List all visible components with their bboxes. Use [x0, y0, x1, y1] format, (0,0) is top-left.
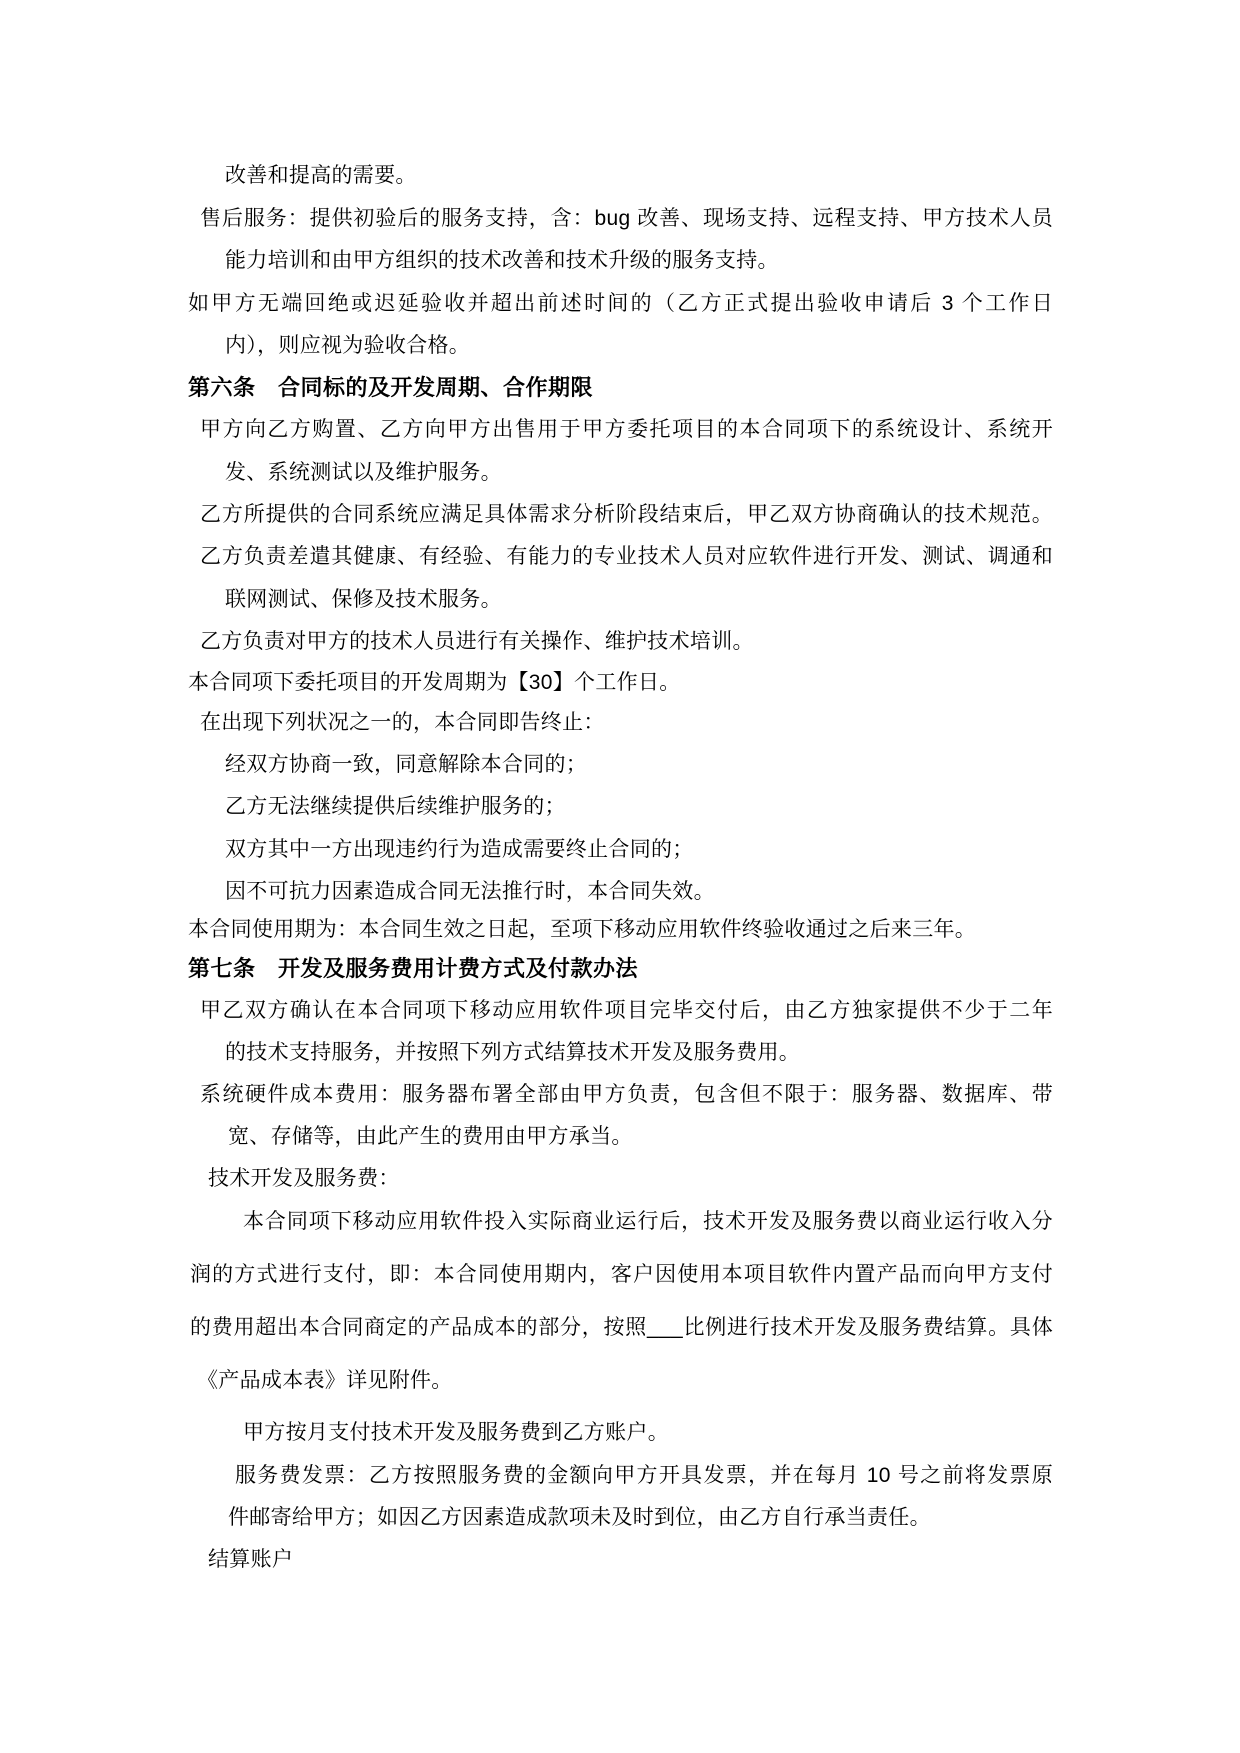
document-line: 联网测试、保修及技术服务。: [225, 585, 502, 615]
document-line: 乙方负责差遣其健康、有经验、有能力的专业技术人员对应软件进行开发、测试、调通和: [200, 542, 1053, 572]
document-page: 改善和提高的需要。 售后服务：提供初验后的服务支持，含：bug 改善、现场支持、…: [0, 0, 1240, 1753]
document-line: 售后服务：提供初验后的服务支持，含：bug 改善、现场支持、远程支持、甲方技术人…: [200, 204, 1053, 234]
section-heading-7: 第七条 开发及服务费用计费方式及付款办法: [188, 954, 638, 984]
document-line: 《产品成本表》详见附件。: [197, 1366, 453, 1396]
section-heading-6: 第六条 合同标的及开发周期、合作期限: [188, 373, 593, 403]
document-line: 内），则应视为验收合格。: [225, 331, 470, 361]
document-line: 系统硬件成本费用：服务器布署全部由甲方负责，包含但不限于：服务器、数据库、带: [200, 1080, 1053, 1110]
document-line: 本合同使用期为：本合同生效之日起，至项下移动应用软件终验收通过之后来三年。: [188, 915, 976, 945]
document-line: 甲方按月支付技术开发及服务费到乙方账户。: [243, 1418, 669, 1448]
document-line: 改善和提高的需要。: [225, 161, 417, 191]
document-line: 甲方向乙方购置、乙方向甲方出售用于甲方委托项目的本合同项下的系统设计、系统开: [200, 415, 1053, 445]
document-line: 如甲方无端回绝或迟延验收并超出前述时间的（乙方正式提出验收申请后 3 个工作日: [188, 289, 1053, 319]
document-line: 经双方协商一致，同意解除本合同的；: [225, 750, 587, 780]
document-line: 本合同项下委托项目的开发周期为【30】个工作日。: [188, 668, 681, 698]
document-line: 件邮寄给甲方；如因乙方因素造成款项未及时到位，由乙方自行承当责任。: [228, 1503, 931, 1533]
document-line: 乙方负责对甲方的技术人员进行有关操作、维护技术培训。: [200, 627, 754, 657]
document-line: 发、系统测试以及维护服务。: [225, 458, 502, 488]
document-line: 的技术支持服务，并按照下列方式结算技术开发及服务费用。: [225, 1038, 800, 1068]
document-line: 双方其中一方出现违约行为造成需要终止合同的；: [225, 835, 694, 865]
document-line: 宽、存储等，由此产生的费用由甲方承当。: [228, 1122, 633, 1152]
document-line: 结算账户: [208, 1545, 293, 1575]
document-line: 本合同项下移动应用软件投入实际商业运行后，技术开发及服务费以商业运行收入分: [243, 1207, 1053, 1237]
document-line: 能力培训和由甲方组织的技术改善和技术升级的服务支持。: [225, 246, 779, 276]
document-line: 的费用超出本合同商定的产品成本的部分，按照___比例进行技术开发及服务费结算。具…: [190, 1313, 1053, 1343]
document-line: 技术开发及服务费：: [208, 1164, 400, 1194]
document-line: 因不可抗力因素造成合同无法推行时，本合同失效。: [225, 877, 715, 907]
document-line: 乙方所提供的合同系统应满足具体需求分析阶段结束后，甲乙双方协商确认的技术规范。: [200, 500, 1053, 530]
document-line: 甲乙双方确认在本合同项下移动应用软件项目完毕交付后，由乙方独家提供不少于二年: [200, 996, 1053, 1026]
document-line: 服务费发票：乙方按照服务费的金额向甲方开具发票，并在每月 10 号之前将发票原: [235, 1461, 1053, 1491]
document-line: 在出现下列状况之一的，本合同即告终止：: [200, 708, 605, 738]
document-line: 乙方无法继续提供后续维护服务的；: [225, 792, 566, 822]
document-line: 润的方式进行支付，即：本合同使用期内，客户因使用本项目软件内置产品而向甲方支付: [190, 1260, 1053, 1290]
